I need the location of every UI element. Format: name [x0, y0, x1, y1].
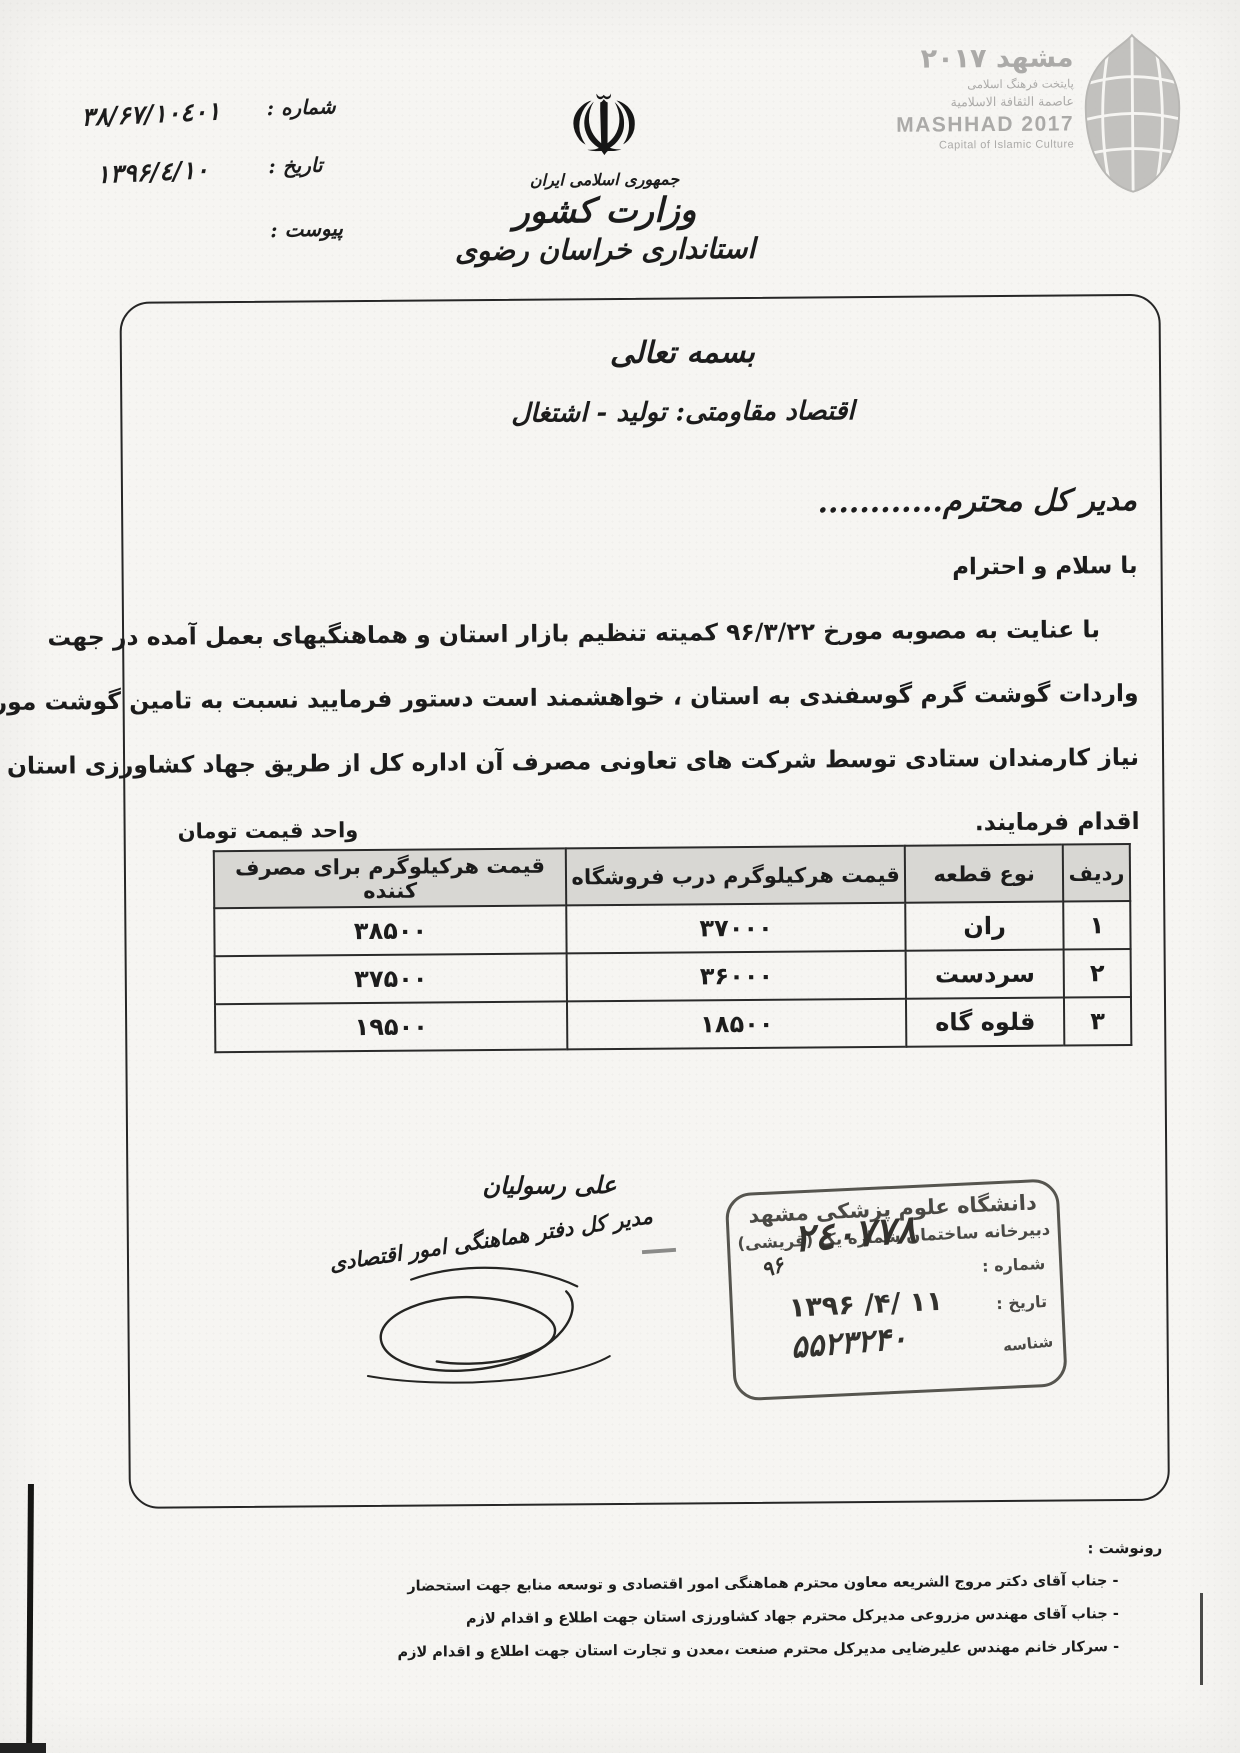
letterhead-center: ☫ جمهوری اسلامی ایران وزارت کشور استاندا… [424, 83, 785, 268]
date-label: تاریخ : [268, 152, 347, 178]
stamp-date-value: ۱۳۹۶ /۴/ ۱۱ [788, 1286, 943, 1324]
salutation-line: با سلام و احترام [952, 553, 1138, 580]
copies-label: رونوشت : [400, 1539, 1162, 1563]
letter-meta-block: شماره : ۳۸/۶۷/۱۰٤۰۱ تاریخ : ۱۳۹۶/٤/۱۰ پی… [44, 94, 348, 249]
mashhad-2017-logo: مشهد ۲۰۱۷ پایتخت فرهنگ اسلامی عاصمة الثق… [838, 42, 1074, 152]
logo-title-fa: مشهد ۲۰۱۷ [838, 42, 1073, 75]
header-consumer-price: قیمت هرکیلوگرم برای مصرف کننده [214, 848, 567, 908]
cell-row-number: ۲ [1064, 949, 1131, 998]
cell-shop-price: ۳۷۰۰۰ [566, 903, 906, 954]
table-row: ۱ ران ۳۷۰۰۰ ۳۸۵۰۰ [214, 901, 1130, 956]
attachment-label: پیوست : [270, 216, 349, 242]
header-piece-type: نوع قطعه [905, 845, 1063, 903]
logo-subtitle-en: Capital of Islamic Culture [839, 138, 1074, 152]
body-line: با عنایت به مصوبه مورخ ۹۶/۳/۲۲ کمیته تنظ… [161, 597, 1138, 669]
scan-artifact-right-line [1200, 1593, 1203, 1685]
signature-name: علی رسولیان [464, 1170, 634, 1200]
number-label: شماره : [266, 94, 345, 120]
governorate-name: استانداری خراسان رضوی [425, 232, 785, 268]
logo-subtitle-ar: عاصمة الثقافة الاسلامية [839, 93, 1074, 110]
logo-title-en: MASHHAD 2017 [839, 112, 1074, 138]
recipient-line: مدیر کل محترم............ [817, 483, 1137, 521]
copy-recipient-line: - سرکار خانم مهندس علیرضایی مدیرکل محترم… [401, 1631, 1163, 1670]
table-header-row: ردیف نوع قطعه قیمت هرکیلوگرم درب فروشگاه… [214, 844, 1130, 908]
scan-artifact-bottom-left [0, 1743, 46, 1753]
scan-content: شماره : ۳۸/۶۷/۱۰٤۰۱ تاریخ : ۱۳۹۶/٤/۱۰ پی… [0, 0, 1240, 1753]
cell-piece-type: ران [905, 902, 1063, 951]
table-row: ۲ سردست ۳۶۰۰۰ ۳۷۵۰۰ [215, 949, 1131, 1004]
cell-shop-price: ۳۶۰۰۰ [567, 951, 907, 1002]
table-row: ۳ قلوه گاه ۱۸۵۰۰ ۱۹۵۰۰ [215, 997, 1131, 1052]
number-value: ۳۸/۶۷/۱۰٤۰۱ [44, 95, 257, 134]
stamp-number-label: شماره : [982, 1254, 1046, 1276]
stamp-handwritten-year: ۹۶ [757, 1251, 787, 1282]
cell-piece-type: سردست [906, 950, 1064, 999]
stamp-handwritten-number: ۲٤۰۷۷۸ [792, 1206, 918, 1261]
cell-row-number: ۱ [1063, 901, 1130, 950]
cell-consumer-price: ۱۹۵۰۰ [215, 1001, 567, 1052]
scanned-letter-page: شماره : ۳۸/۶۷/۱۰٤۰۱ تاریخ : ۱۳۹۶/٤/۱۰ پی… [0, 0, 1240, 1753]
header-shop-price: قیمت هرکیلوگرم درب فروشگاه [566, 846, 906, 906]
cell-row-number: ۳ [1064, 997, 1131, 1046]
iran-emblem-icon: ☫ [424, 83, 785, 170]
stamp-date-label: تاریخ : [996, 1292, 1048, 1313]
registry-stamp: دانشگاه علوم پزشکی مشهد دبیرخانه ساختمان… [725, 1178, 1068, 1401]
cell-consumer-price: ۳۷۵۰۰ [215, 953, 567, 1004]
meta-date-row: تاریخ : ۱۳۹۶/٤/۱۰ [46, 152, 348, 225]
ministry-name: وزارت کشور [425, 190, 785, 233]
cell-consumer-price: ۳۸۵۰۰ [214, 905, 566, 956]
handwritten-signature-icon [351, 1256, 616, 1408]
header-row-number: ردیف [1063, 844, 1130, 902]
stamp-id-label: شناسه [1002, 1332, 1054, 1355]
price-unit-note: واحد قیمت تومان [178, 818, 359, 843]
price-table: ردیف نوع قطعه قیمت هرکیلوگرم درب فروشگاه… [213, 843, 1133, 1053]
globe-dome-icon [1079, 26, 1185, 200]
logo-subtitle-fa: پایتخت فرهنگ اسلامی [839, 76, 1074, 92]
stamp-id-value: ۵۵۲۳۲۴۰ [789, 1320, 908, 1365]
cell-piece-type: قلوه گاه [906, 998, 1064, 1047]
cell-shop-price: ۱۸۵۰۰ [567, 999, 907, 1050]
body-line: واردات گوشت گرم گوسفندی به استان ، خواهش… [161, 661, 1138, 733]
country-name: جمهوری اسلامی ایران [424, 169, 784, 191]
body-line: نیاز کارمندان ستادی توسط شرکت های تعاونی… [162, 725, 1139, 797]
copies-section: رونوشت : - جناب آقای دکتر مروج الشریعه م… [400, 1539, 1163, 1670]
meta-number-row: شماره : ۳۸/۶۷/۱۰٤۰۱ [44, 94, 346, 161]
